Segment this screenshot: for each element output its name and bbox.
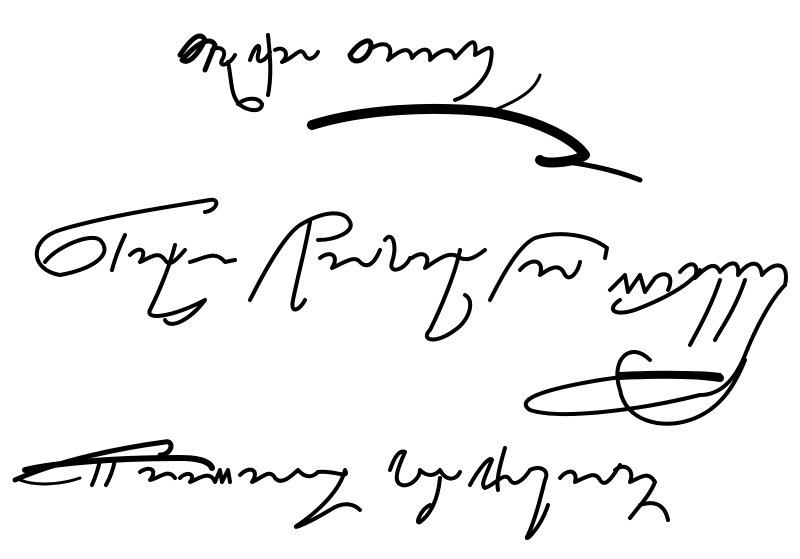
signature-1: [180, 35, 640, 180]
signature-2: [37, 200, 786, 424]
signatures-scan: [0, 0, 800, 559]
signature-3: [15, 442, 668, 538]
